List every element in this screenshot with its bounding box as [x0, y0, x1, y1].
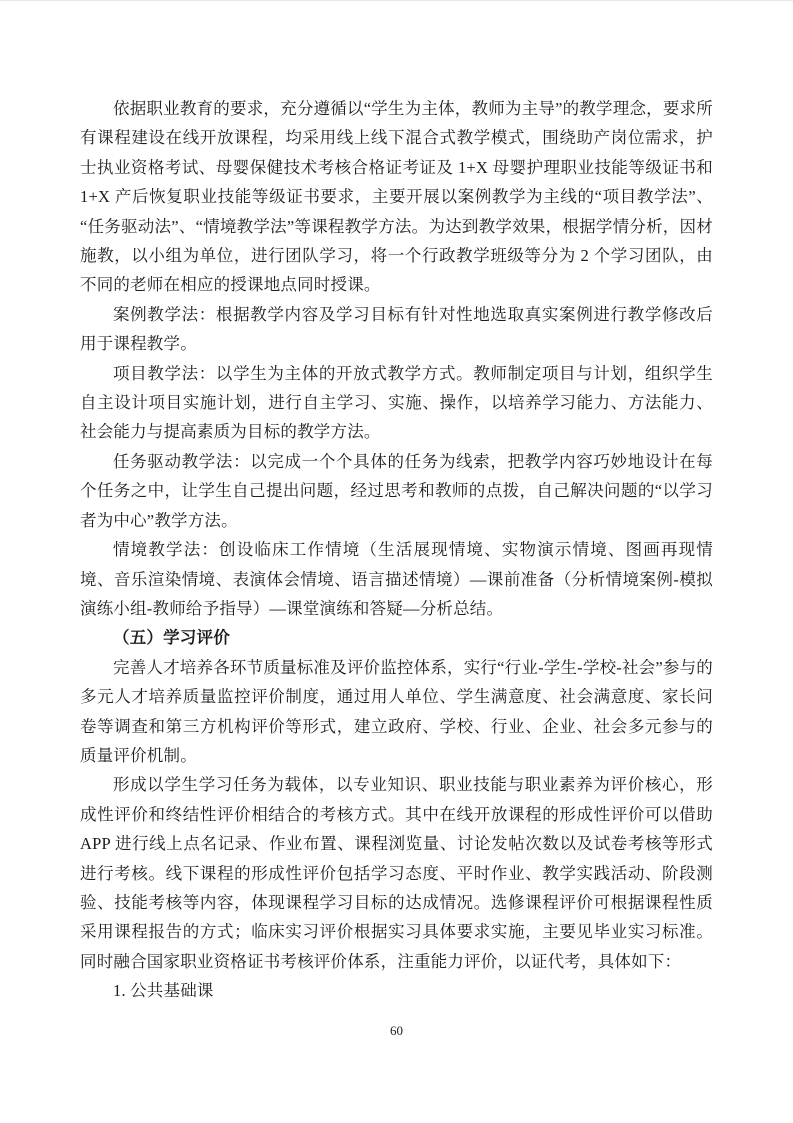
paragraph-case-teaching-method: 案例教学法：根据教学内容及学习目标有针对性地选取真实案例进行教学修改后用于课程教…: [80, 300, 713, 359]
paragraph-teaching-philosophy: 依据职业教育的要求，充分遵循以“学生为主体，教师为主导”的教学理念，要求所有课程…: [80, 94, 713, 300]
paragraph-quality-monitoring-system: 完善人才培养各环节质量标准及评价监控体系，实行“行业-学生-学校-社会”参与的多…: [80, 653, 713, 771]
paragraph-project-teaching-method: 项目教学法：以学生为主体的开放式教学方式。教师制定项目与计划，组织学生自主设计项…: [80, 359, 713, 447]
document-body: 依据职业教育的要求，充分遵循以“学生为主体，教师为主导”的教学理念，要求所有课程…: [80, 94, 713, 1006]
heading-learning-evaluation: （五）学习评价: [80, 623, 713, 652]
list-item-public-basic-courses: 1. 公共基础课: [80, 976, 713, 1005]
paragraph-situational-teaching-method: 情境教学法：创设临床工作情境（生活展现情境、实物演示情境、图画再现情境、音乐渲染…: [80, 535, 713, 623]
paragraph-evaluation-methods: 形成以学生学习任务为载体，以专业知识、职业技能与职业素养为评价核心，形成性评价和…: [80, 770, 713, 976]
page-number: 60: [0, 1023, 793, 1039]
document-page: 依据职业教育的要求，充分遵循以“学生为主体，教师为主导”的教学理念，要求所有课程…: [0, 0, 793, 1123]
paragraph-task-driven-method: 任务驱动教学法：以完成一个个具体的任务为线索，把教学内容巧妙地设计在每个任务之中…: [80, 447, 713, 535]
